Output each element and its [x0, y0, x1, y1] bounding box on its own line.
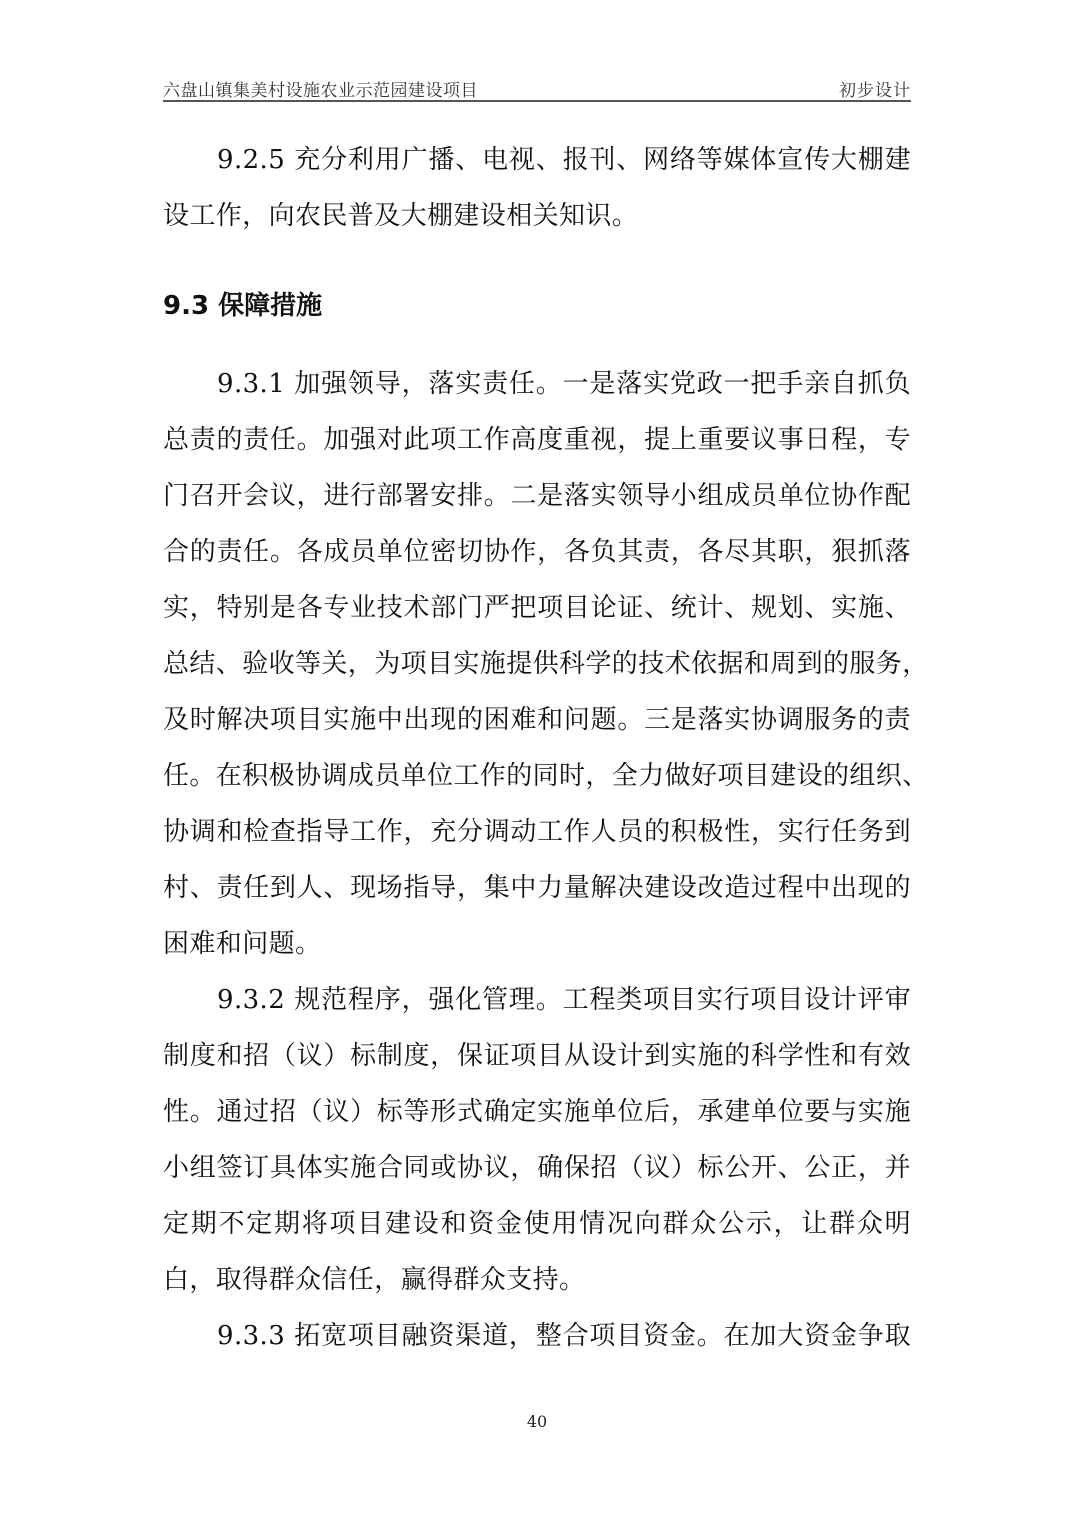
text-line: 总结、验收等关，为项目实施提供科学的技术依据和周到的服务， [163, 636, 911, 692]
text-line: 定期不定期将项目建设和资金使用情况向群众公示，让群众明 [163, 1196, 911, 1252]
text-line: 任。在积极协调成员单位工作的同时，全力做好项目建设的组织、 [163, 748, 911, 804]
paragraph-9-3-1: 9.3.1 加强领导，落实责任。一是落实党政一把手亲自抓负 总责的责任。加强对此… [163, 356, 911, 972]
paragraph-9-3-2: 9.3.2 规范程序，强化管理。工程类项目实行项目设计评审 制度和招（议）标制度… [163, 972, 911, 1308]
paragraph-9-2-5: 9.2.5 充分利用广播、电视、报刊、网络等媒体宣传大棚建 设工作，向农民普及大… [163, 132, 911, 244]
document-section-label: 初步设计 [839, 76, 911, 101]
text-line: 门召开会议，进行部署安排。二是落实领导小组成员单位协作配 [163, 468, 911, 524]
page-header: 六盘山镇集美村设施农业示范园建设项目 初步设计 [163, 74, 911, 102]
page-body: 9.2.5 充分利用广播、电视、报刊、网络等媒体宣传大棚建 设工作，向农民普及大… [163, 132, 911, 1364]
text-line: 困难和问题。 [163, 916, 911, 972]
text-line: 合的责任。各成员单位密切协作，各负其责，各尽其职，狠抓落 [163, 524, 911, 580]
text-line: 9.3.1 加强领导，落实责任。一是落实党政一把手亲自抓负 [163, 356, 911, 412]
text-line: 9.2.5 充分利用广播、电视、报刊、网络等媒体宣传大棚建 [163, 132, 911, 188]
text-line: 9.3.2 规范程序，强化管理。工程类项目实行项目设计评审 [163, 972, 911, 1028]
text-line: 制度和招（议）标制度，保证项目从设计到实施的科学性和有效 [163, 1028, 911, 1084]
page-number: 40 [0, 1412, 1074, 1431]
text-line: 9.3.3 拓宽项目融资渠道，整合项目资金。在加大资金争取 [163, 1308, 911, 1364]
text-line: 性。通过招（议）标等形式确定实施单位后，承建单位要与实施 [163, 1084, 911, 1140]
paragraph-9-3-3: 9.3.3 拓宽项目融资渠道，整合项目资金。在加大资金争取 [163, 1308, 911, 1364]
text-line: 村、责任到人、现场指导，集中力量解决建设改造过程中出现的 [163, 860, 911, 916]
text-line: 及时解决项目实施中出现的困难和问题。三是落实协调服务的责 [163, 692, 911, 748]
text-line: 白，取得群众信任，赢得群众支持。 [163, 1252, 911, 1308]
text-line: 设工作，向农民普及大棚建设相关知识。 [163, 188, 911, 244]
section-heading-9-3: 9.3 保障措施 [163, 278, 911, 334]
document-title: 六盘山镇集美村设施农业示范园建设项目 [163, 76, 478, 101]
text-line: 协调和检查指导工作，充分调动工作人员的积极性，实行任务到 [163, 804, 911, 860]
text-line: 小组签订具体实施合同或协议，确保招（议）标公开、公正，并 [163, 1140, 911, 1196]
text-line: 实，特别是各专业技术部门严把项目论证、统计、规划、实施、 [163, 580, 911, 636]
text-line: 总责的责任。加强对此项工作高度重视，提上重要议事日程，专 [163, 412, 911, 468]
